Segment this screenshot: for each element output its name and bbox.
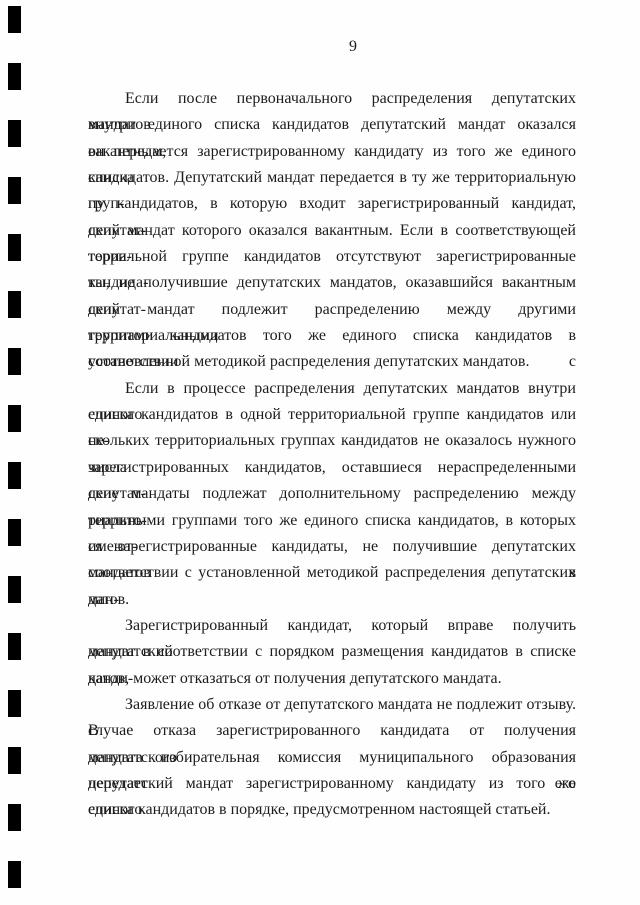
text-line: Если после первоначального распределения… xyxy=(88,86,576,112)
text-line: ский мандат которого оказался вакантным.… xyxy=(88,218,576,244)
scan-mark xyxy=(8,177,21,204)
scan-mark xyxy=(8,861,21,888)
text-line: Заявление об отказе от депутатского манд… xyxy=(88,692,576,718)
text-line: мандат в соответствии с порядком размеще… xyxy=(88,639,576,665)
text-line: группами кандидатов того же единого спис… xyxy=(88,323,576,349)
text-line: списка кандидатов в порядке, предусмотре… xyxy=(88,797,576,823)
text-line: ты, не получившие депутатских мандатов, … xyxy=(88,270,576,296)
scan-mark xyxy=(8,120,21,147)
text-line: установленной методикой распределения де… xyxy=(88,349,576,375)
scan-mark xyxy=(8,633,21,660)
scan-mark xyxy=(8,462,21,489)
scan-mark xyxy=(8,747,21,774)
text-line: датов, может отказаться от получения деп… xyxy=(88,666,576,692)
scan-mark xyxy=(8,405,21,432)
text-line: ские мандаты подлежат дополнительному ра… xyxy=(88,481,576,507)
text-line: Если в процессе распределения депутатски… xyxy=(88,376,576,402)
text-line: датов. xyxy=(88,587,576,613)
text-line: ториальной группе кандидатов отсутствуют… xyxy=(88,244,576,270)
scan-mark xyxy=(8,576,21,603)
scan-mark xyxy=(8,6,21,33)
text-line: внутри единого списка кандидатов депутат… xyxy=(88,112,576,138)
text-line: зарегистрированных кандидатов, оставшиес… xyxy=(88,455,576,481)
document-text: Если после первоначального распределения… xyxy=(88,86,576,824)
scan-mark xyxy=(8,63,21,90)
text-line: кандидатов. Депутатский мандат передаетс… xyxy=(88,165,576,191)
text-line: скольких территориальных группах кандида… xyxy=(88,428,576,454)
text-line: ский мандат подлежит распределению между… xyxy=(88,297,576,323)
page-number: 9 xyxy=(349,38,357,56)
text-line: ся зарегистрированные кандидаты, не полу… xyxy=(88,534,576,560)
scan-mark xyxy=(8,690,21,717)
scan-mark xyxy=(8,291,21,318)
text-line: депутатский мандат зарегистрированному к… xyxy=(88,771,576,797)
text-line: мандата избирательная комиссия муниципал… xyxy=(88,745,576,771)
scan-mark xyxy=(8,348,21,375)
scanned-document-page: 9 Если после первоначального распределен… xyxy=(0,0,640,905)
text-line: случае отказа зарегистрированного кандид… xyxy=(88,718,576,744)
scan-mark xyxy=(8,519,21,546)
text-line: соответствии с установленной методикой р… xyxy=(88,560,576,586)
scan-mark xyxy=(8,234,21,261)
text-line: пу кандидатов, в которую входит зарегист… xyxy=(88,191,576,217)
text-line: риальными группами того же единого списк… xyxy=(88,508,576,534)
scan-mark xyxy=(8,804,21,831)
text-line: Зарегистрированный кандидат, который впр… xyxy=(88,613,576,639)
text-line: списка кандидатов в одной территориально… xyxy=(88,402,576,428)
text-line: он передается зарегистрированному кандид… xyxy=(88,139,576,165)
